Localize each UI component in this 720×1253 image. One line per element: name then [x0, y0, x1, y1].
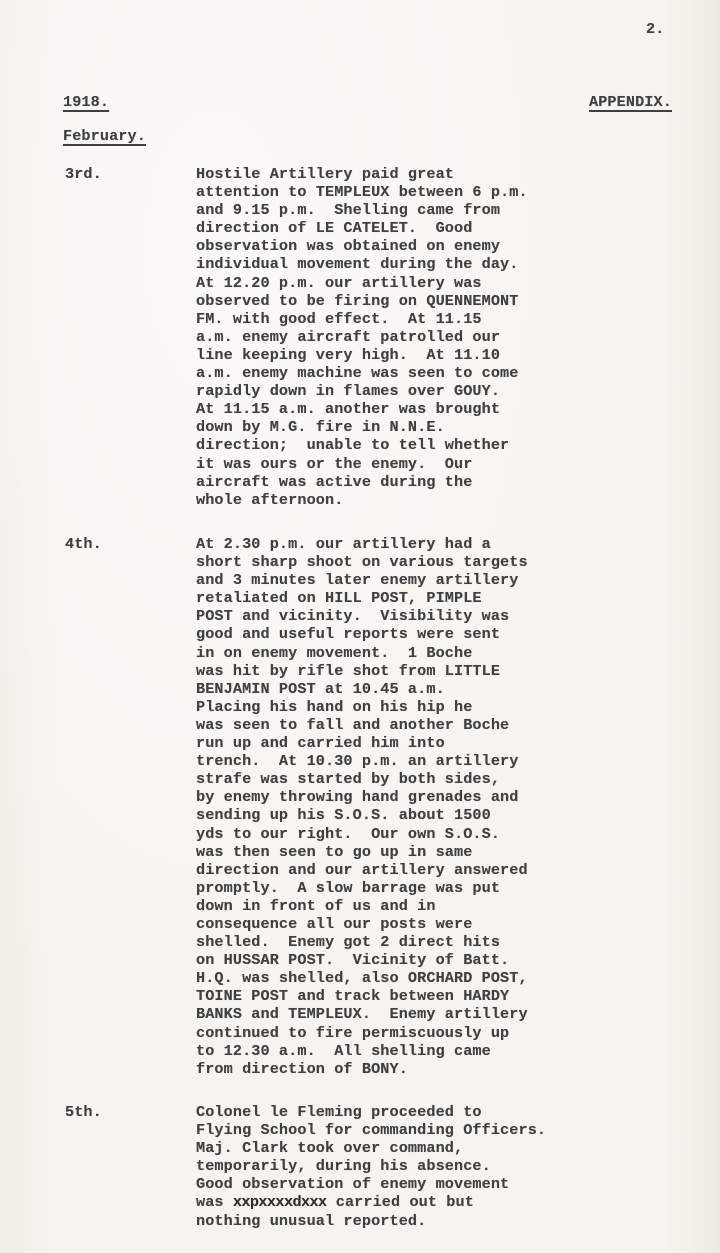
month-heading: February. — [63, 127, 146, 145]
entry-line: it was ours or the enemy. Our — [196, 455, 616, 473]
entry-line: aircraft was active during the — [196, 473, 616, 491]
entry-line: in on enemy movement. 1 Boche — [196, 644, 616, 662]
entry-line: Colonel le Fleming proceeded to — [196, 1103, 616, 1121]
entry-date: 3rd. — [65, 165, 102, 183]
entry-line: Good observation of enemy movement — [196, 1175, 616, 1193]
entry-body: Hostile Artillery paid great attention t… — [196, 165, 616, 509]
entry-line: Flying School for commanding Officers. — [196, 1121, 616, 1139]
entry-body: Colonel le Fleming proceeded to Flying S… — [196, 1103, 616, 1230]
entry-line: a.m. enemy aircraft patrolled our — [196, 328, 616, 346]
strikeover-before: was — [196, 1193, 233, 1211]
entry-line: good and useful reports were sent — [196, 625, 616, 643]
entry-date: 5th. — [65, 1103, 102, 1121]
entry-line: short sharp shoot on various targets — [196, 553, 616, 571]
entry-line: and 3 minutes later enemy artillery — [196, 571, 616, 589]
entry-line: line keeping very high. At 11.10 — [196, 346, 616, 364]
entry-line: from direction of BONY. — [196, 1060, 616, 1078]
entry-line: nothing unusual reported. — [196, 1212, 616, 1230]
struck-out-text: xxpxxxxdxxx — [233, 1193, 327, 1211]
page-number: 2. — [646, 20, 664, 38]
entry-line: continued to fire permiscuously up — [196, 1024, 616, 1042]
entry-body: At 2.30 p.m. our artillery had a short s… — [196, 535, 616, 1078]
entry-date: 4th. — [65, 535, 102, 553]
entry-line: observed to be firing on QUENNEMONT — [196, 292, 616, 310]
entry-line: shelled. Enemy got 2 direct hits — [196, 933, 616, 951]
entry-line: was hit by rifle shot from LITTLE — [196, 662, 616, 680]
entry-line: a.m. enemy machine was seen to come — [196, 364, 616, 382]
entry-line: individual movement during the day. — [196, 255, 616, 273]
entry-line: promptly. A slow barrage was put — [196, 879, 616, 897]
entry-line: direction and our artillery answered — [196, 861, 616, 879]
entry-line: FM. with good effect. At 11.15 — [196, 310, 616, 328]
strikeover-after: carried out but — [327, 1193, 474, 1211]
entry-line: BENJAMIN POST at 10.45 a.m. — [196, 680, 616, 698]
entry-line: yds to our right. Our own S.O.S. — [196, 825, 616, 843]
entry-line: consequence all our posts were — [196, 915, 616, 933]
entry-line: Maj. Clark took over command, — [196, 1139, 616, 1157]
entry-line: At 11.15 a.m. another was brought — [196, 400, 616, 418]
entry-line: temporarily, during his absence. — [196, 1157, 616, 1175]
document-page: 2. 1918. APPENDIX. February. 3rd. Hostil… — [0, 0, 720, 1253]
entry-line: and 9.15 p.m. Shelling came from — [196, 201, 616, 219]
entry-line: H.Q. was shelled, also ORCHARD POST, — [196, 969, 616, 987]
entry-line: trench. At 10.30 p.m. an artillery — [196, 752, 616, 770]
entry-line: BANKS and TEMPLEUX. Enemy artillery — [196, 1005, 616, 1023]
entry-line: whole afternoon. — [196, 491, 616, 509]
entry-line: observation was obtained on enemy — [196, 237, 616, 255]
entry-line: down by M.G. fire in N.N.E. — [196, 418, 616, 436]
entry-line: rapidly down in flames over GOUY. — [196, 382, 616, 400]
entry-line: on HUSSAR POST. Vicinity of Batt. — [196, 951, 616, 969]
entry-line: Placing his hand on his hip he — [196, 698, 616, 716]
entry-line: retaliated on HILL POST, PIMPLE — [196, 589, 616, 607]
entry-line: by enemy throwing hand grenades and — [196, 788, 616, 806]
entry-line: run up and carried him into — [196, 734, 616, 752]
entry-line: attention to TEMPLEUX between 6 p.m. — [196, 183, 616, 201]
entry-line: At 2.30 p.m. our artillery had a — [196, 535, 616, 553]
appendix-heading: APPENDIX. — [589, 93, 672, 111]
entry-line: was seen to fall and another Boche — [196, 716, 616, 734]
entry-line: to 12.30 a.m. All shelling came — [196, 1042, 616, 1060]
entry-line: At 12.20 p.m. our artillery was — [196, 274, 616, 292]
entry-line: was then seen to go up in same — [196, 843, 616, 861]
entry-line: TOINE POST and track between HARDY — [196, 987, 616, 1005]
entry-line: down in front of us and in — [196, 897, 616, 915]
year-heading: 1918. — [63, 93, 109, 111]
entry-line: POST and vicinity. Visibility was — [196, 607, 616, 625]
entry-line: direction of LE CATELET. Good — [196, 219, 616, 237]
entry-line: strafe was started by both sides, — [196, 770, 616, 788]
entry-line: direction; unable to tell whether — [196, 436, 616, 454]
entry-line: sending up his S.O.S. about 1500 — [196, 806, 616, 824]
entry-line-with-strikeover: was xxpxxxxdxxx carried out but — [196, 1193, 616, 1211]
entry-line: Hostile Artillery paid great — [196, 165, 616, 183]
